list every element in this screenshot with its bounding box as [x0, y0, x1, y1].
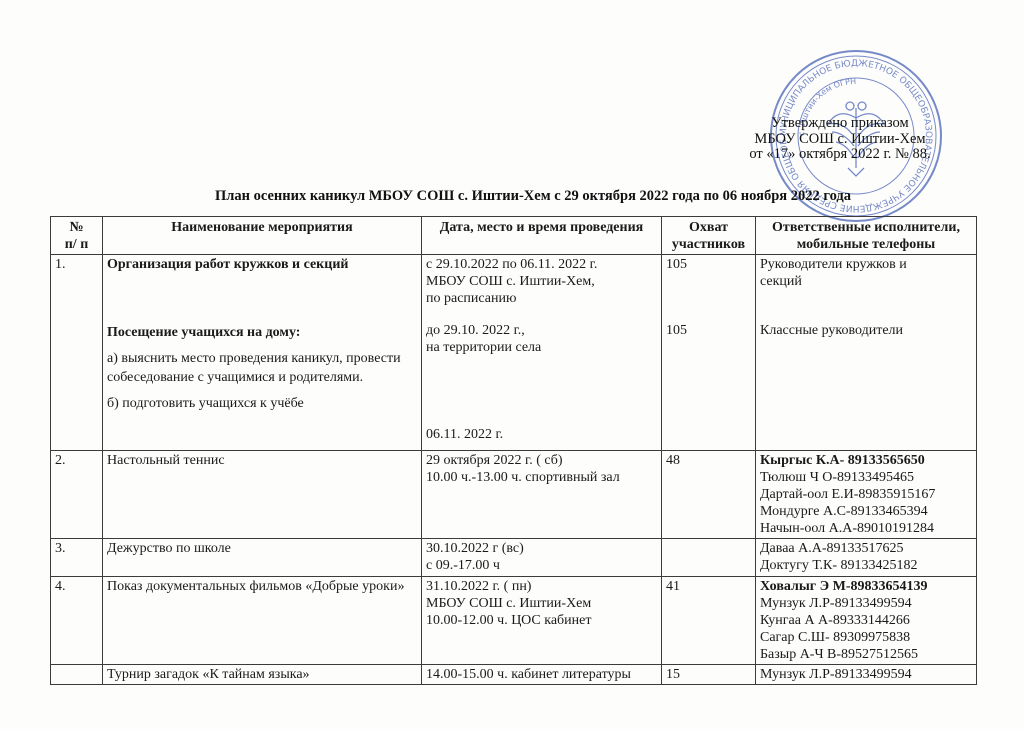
event-name-cell: Дежурство по школе	[103, 539, 422, 577]
event-name-cell: Организация работ кружков и секций Посещ…	[103, 255, 422, 451]
event-name-cell: Настольный теннис	[103, 451, 422, 539]
row-number	[51, 665, 103, 685]
table-row: Турнир загадок «К тайнам языка» 14.00-15…	[51, 665, 977, 685]
event-name-cell: Турнир загадок «К тайнам языка»	[103, 665, 422, 685]
approval-block: Утверждено приказом МБОУ СОШ с. Иштии-Хе…	[735, 116, 945, 163]
row-number: 3.	[51, 539, 103, 577]
date-place-cell: 29 октября 2022 г. ( сб) 10.00 ч.-13.00 …	[422, 451, 662, 539]
approval-line-1: Утверждено приказом	[735, 116, 945, 132]
approval-line-3: от «17» октября 2022 г. № 88.	[735, 147, 945, 163]
coverage-cell: 41	[662, 577, 756, 665]
approval-line-2: МБОУ СОШ с. Иштии-Хем	[735, 132, 945, 148]
header-date-place: Дата, место и время проведения	[422, 217, 662, 255]
date-place-cell: 14.00-15.00 ч. кабинет литературы	[422, 665, 662, 685]
coverage-cell: 48	[662, 451, 756, 539]
table-header-row: № п/ п Наименование мероприятия Дата, ме…	[51, 217, 977, 255]
date-place-cell: 30.10.2022 г (вс) с 09.-17.00 ч	[422, 539, 662, 577]
responsible-cell: Даваа А.А-89133517625 Доктугу Т.К- 89133…	[756, 539, 977, 577]
coverage-cell: 15	[662, 665, 756, 685]
header-responsible: Ответственные исполнители, мобильные тел…	[756, 217, 977, 255]
table-row: 4. Показ документальных фильмов «Добрые …	[51, 577, 977, 665]
row-number: 1.	[51, 255, 103, 451]
responsible-cell: Ховалыг Э М-89833654139 Мунзук Л.Р-89133…	[756, 577, 977, 665]
date-place-cell: с 29.10.2022 по 06.11. 2022 г. МБОУ СОШ …	[422, 255, 662, 451]
event-name-cell: Показ документальных фильмов «Добрые уро…	[103, 577, 422, 665]
responsible-cell: Кыргыс К.А- 89133565650 Тюлюш Ч О-891334…	[756, 451, 977, 539]
document-page: МУНИЦИПАЛЬНОЕ БЮДЖЕТНОЕ ОБЩЕОБРАЗОВАТЕЛЬ…	[0, 0, 1024, 729]
header-event-name: Наименование мероприятия	[103, 217, 422, 255]
row-number: 2.	[51, 451, 103, 539]
plan-table: № п/ п Наименование мероприятия Дата, ме…	[50, 216, 977, 685]
coverage-cell: 105 105	[662, 255, 756, 451]
table-row: 1. Организация работ кружков и секций По…	[51, 255, 977, 451]
table-row: 3. Дежурство по школе 30.10.2022 г (вс) …	[51, 539, 977, 577]
date-place-cell: 31.10.2022 г. ( пн) МБОУ СОШ с. Иштии-Хе…	[422, 577, 662, 665]
header-number: № п/ п	[51, 217, 103, 255]
responsible-cell: Руководители кружков и секций Классные р…	[756, 255, 977, 451]
responsible-cell: Мунзук Л.Р-89133499594	[756, 665, 977, 685]
header-coverage: Охват участников	[662, 217, 756, 255]
row-number: 4.	[51, 577, 103, 665]
document-title: План осенних каникул МБОУ СОШ с. Иштии-Х…	[0, 188, 1024, 205]
coverage-cell	[662, 539, 756, 577]
table-row: 2. Настольный теннис 29 октября 2022 г. …	[51, 451, 977, 539]
